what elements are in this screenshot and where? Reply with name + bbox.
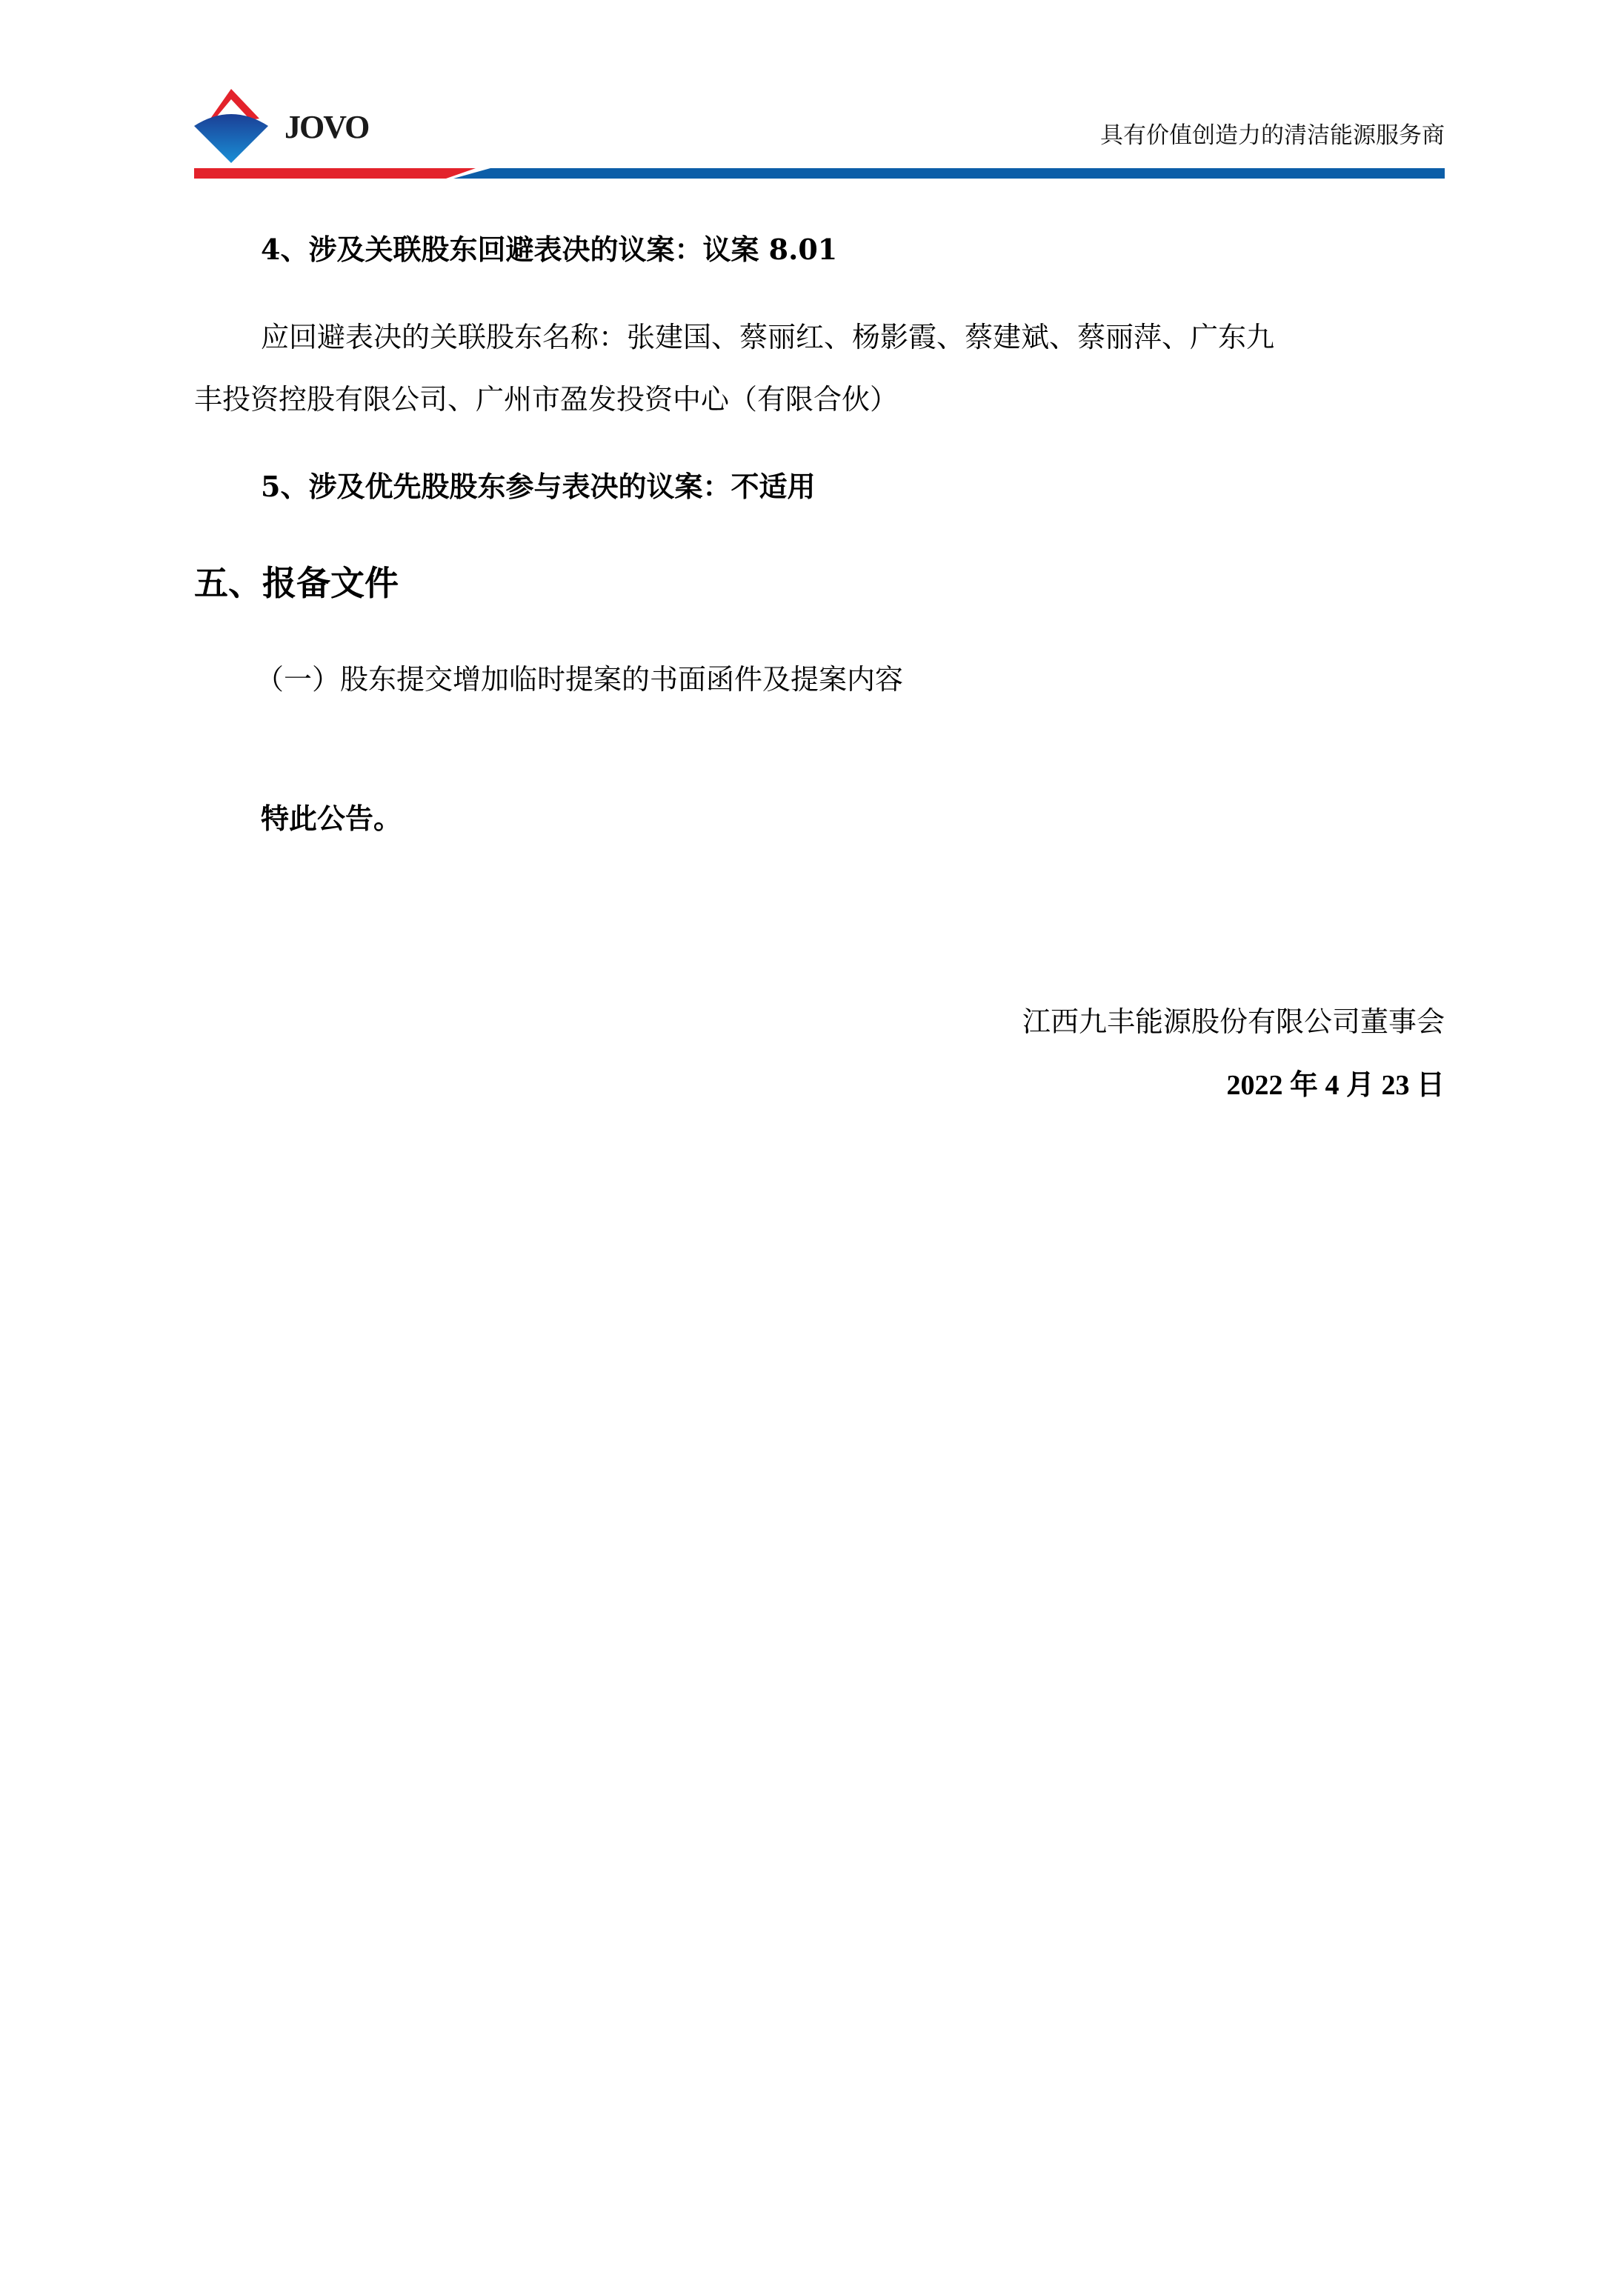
jovo-logo-icon bbox=[194, 89, 268, 163]
brand-wordmark: JOVO bbox=[284, 111, 368, 144]
item-4-title: 4、涉及关联股东回避表决的议案：议案 8.01 bbox=[261, 236, 837, 264]
section-5-item-1: （一）股东提交增加临时提案的书面函件及提案内容 bbox=[256, 665, 903, 693]
signature-date: 2022 年 4 月 23 日 bbox=[1226, 1071, 1445, 1099]
item-4-line-2: 丰投资控股有限公司、广州市盈发投资中心（有限合伙） bbox=[194, 385, 898, 413]
signature-company: 江西九丰能源股份有限公司董事会 bbox=[1022, 1008, 1445, 1036]
company-slogan: 具有价值创造力的清洁能源服务商 bbox=[1100, 124, 1445, 147]
item-4-line-1: 应回避表决的关联股东名称：张建国、蔡丽红、杨影霞、蔡建斌、蔡丽萍、广东九 bbox=[261, 323, 1274, 351]
section-5-heading: 五、报备文件 bbox=[194, 566, 399, 600]
closing-statement: 特此公告。 bbox=[261, 805, 402, 833]
item-5-title: 5、涉及优先股股东参与表决的议案：不适用 bbox=[261, 473, 815, 501]
header-divider-bar bbox=[194, 168, 1445, 179]
